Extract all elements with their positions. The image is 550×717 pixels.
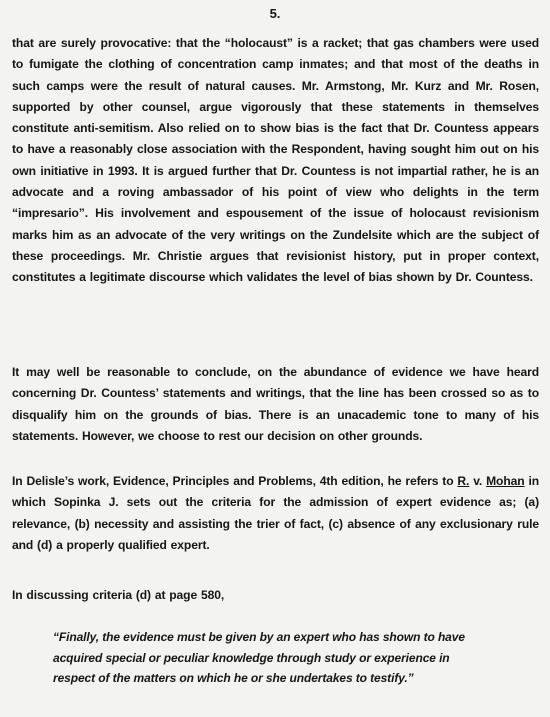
block-quote: “Finally, the evidence must be given by …	[53, 627, 493, 689]
case-citation-r: R.	[457, 474, 469, 488]
text-segment: v.	[469, 474, 486, 488]
paragraph-conclusion: It may well be reasonable to conclude, o…	[12, 362, 539, 447]
paragraph-delisle-criteria: In Delisle’s work, Evidence, Principles …	[12, 471, 539, 556]
page-number: 5.	[0, 6, 550, 21]
document-page: 5. that are surely provocative: that the…	[0, 0, 550, 717]
paragraph-discussing-criteria: In discussing criteria (d) at page 580,	[12, 585, 539, 606]
paragraph-bias-arguments: that are surely provocative: that the “h…	[12, 33, 539, 289]
case-citation-mohan: Mohan	[486, 474, 524, 488]
text-segment: In Delisle’s work, Evidence, Principles …	[12, 474, 457, 488]
